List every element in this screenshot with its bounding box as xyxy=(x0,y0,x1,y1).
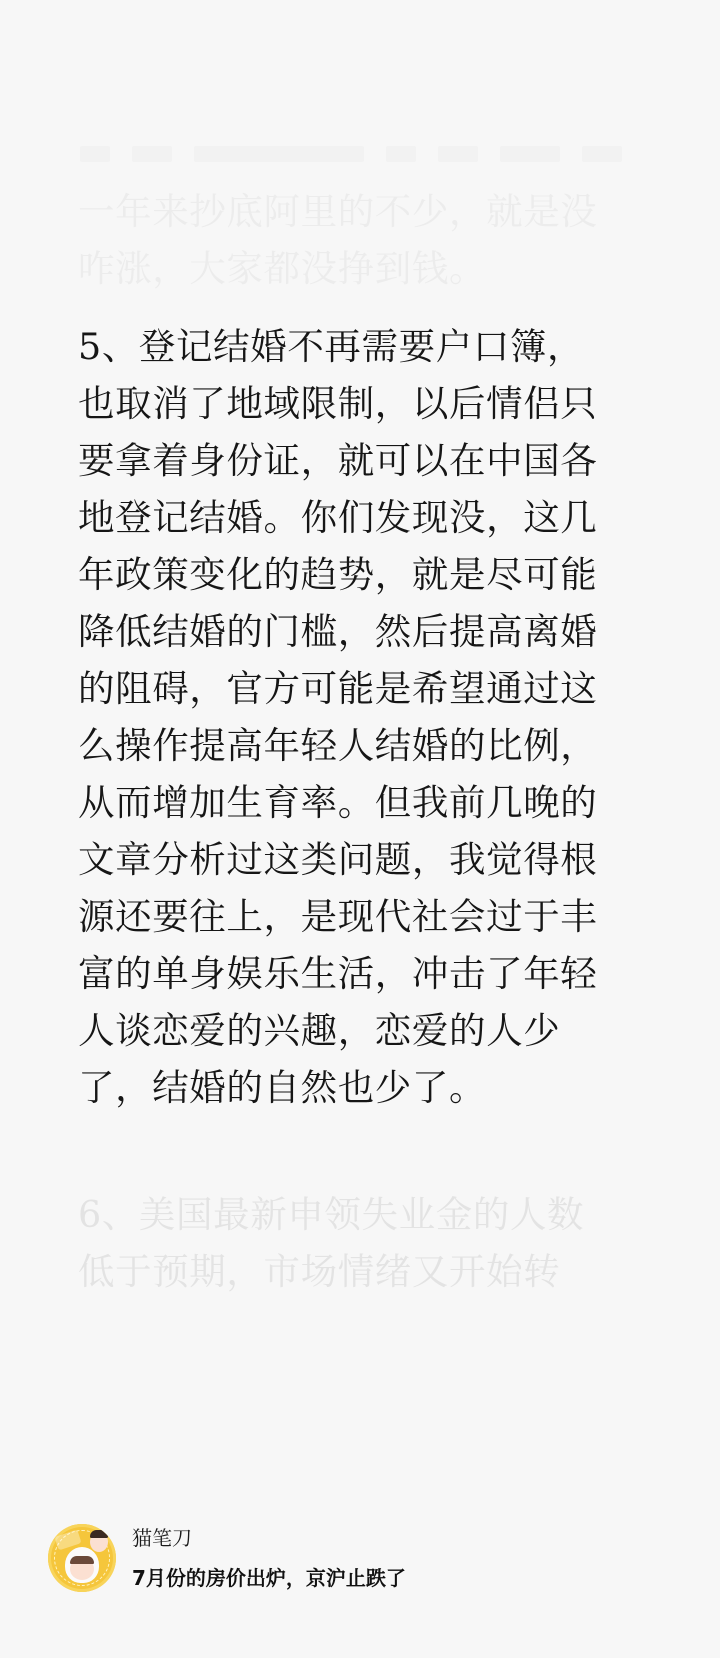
paragraph-current: 5、登记结婚不再需要户口簿， 也取消了地域限制，以后情侣只 要拿着身份证，就可以… xyxy=(78,318,648,1116)
text-line: 低于预期，市场情绪又开始转 xyxy=(78,1243,648,1300)
text-line: 也取消了地域限制，以后情侣只 xyxy=(78,375,648,432)
paragraph-previous: 一年来抄底阿里的不少，就是没 咋涨，大家都没挣到钱。 xyxy=(78,183,648,297)
text-line: 人谈恋爱的兴趣，恋爱的人少 xyxy=(78,1002,648,1059)
article-body: 一年来抄底阿里的不少，就是没 咋涨，大家都没挣到钱。 xyxy=(78,183,648,297)
text-line: 了，结婚的自然也少了。 xyxy=(78,1059,648,1116)
author-info: 猫笔刀 7月份的房价出炉，京沪止跌了 xyxy=(132,1524,406,1592)
text-line: 降低结婚的门槛，然后提高离婚 xyxy=(78,603,648,660)
text-line: 一年来抄底阿里的不少，就是没 xyxy=(78,183,648,240)
text-line: 地登记结婚。你们发现没，这几 xyxy=(78,489,648,546)
article-paragraph-5: 5、登记结婚不再需要户口簿， 也取消了地域限制，以后情侣只 要拿着身份证，就可以… xyxy=(78,318,648,1116)
cartoon-family-avatar-icon[interactable] xyxy=(48,1524,116,1592)
text-line: 咋涨，大家都没挣到钱。 xyxy=(78,240,648,297)
faded-text-line-unreadable xyxy=(80,143,640,165)
article-title[interactable]: 7月份的房价出炉，京沪止跌了 xyxy=(132,1564,406,1592)
text-line: 富的单身娱乐生活，冲击了年轻 xyxy=(78,945,648,1002)
text-line: 要拿着身份证，就可以在中国各 xyxy=(78,432,648,489)
author-attribution[interactable]: 猫笔刀 7月份的房价出炉，京沪止跌了 xyxy=(48,1524,406,1592)
text-line: 么操作提高年轻人结婚的比例， xyxy=(78,717,648,774)
text-line: 5、登记结婚不再需要户口簿， xyxy=(78,318,648,375)
text-line: 从而增加生育率。但我前几晚的 xyxy=(78,774,648,831)
text-line: 的阻碍，官方可能是希望通过这 xyxy=(78,660,648,717)
kid-hair-icon xyxy=(70,1556,94,1564)
paragraph-next: 6、美国最新申领失业金的人数 低于预期，市场情绪又开始转 xyxy=(78,1186,648,1300)
text-line: 年政策变化的趋势，就是尽可能 xyxy=(78,546,648,603)
adult-hair-icon xyxy=(90,1530,108,1538)
text-line: 文章分析过这类问题，我觉得根 xyxy=(78,831,648,888)
article-paragraph-6: 6、美国最新申领失业金的人数 低于预期，市场情绪又开始转 xyxy=(78,1186,648,1300)
text-line: 6、美国最新申领失业金的人数 xyxy=(78,1186,648,1243)
author-name[interactable]: 猫笔刀 xyxy=(132,1524,406,1552)
text-line: 源还要往上，是现代社会过于丰 xyxy=(78,888,648,945)
